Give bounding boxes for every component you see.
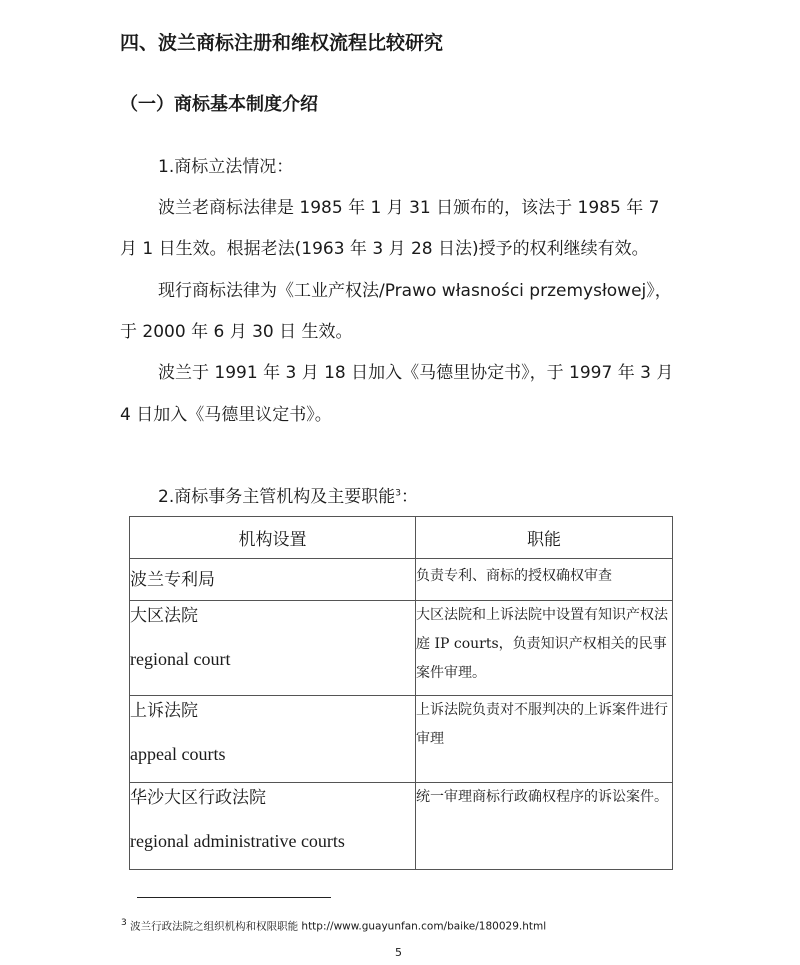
item2-colon: ： (401, 487, 418, 507)
institution-name-zh: 上诉法院 (130, 696, 415, 726)
institution-name-zh: 大区法院 (130, 601, 415, 631)
para2-line2: 于 2000 年 6 月 30 日 生效。 (120, 317, 353, 342)
section-title: 四、波兰商标注册和维权流程比较研究 (120, 28, 443, 55)
item1-heading: 1.商标立法情况： (158, 152, 293, 177)
footnote-separator (137, 897, 331, 898)
table-row: 华沙大区行政法院regional administrative courts 统… (130, 783, 673, 870)
table-row: 上诉法院appeal courts 上诉法院负责对不服判决的上诉案件进行审理 (130, 696, 673, 783)
para3-line1: 波兰于 1991 年 3 月 18 日加入《马德里协定书》，于 1997 年 3… (158, 358, 673, 383)
footnote-text[interactable]: 波兰行政法院之组织机构和权限职能 http://www.guayunfan.co… (130, 921, 546, 933)
institution-name-en: regional court (130, 631, 415, 687)
para1-line1: 波兰老商标法律是 1985 年 1 月 31 日颁布的，该法于 1985 年 7 (158, 193, 659, 218)
institution-cell: 华沙大区行政法院regional administrative courts (130, 783, 416, 870)
para1-line2: 月 1 日生效。根据老法(1963 年 3 月 28 日法)授予的权利继续有效。 (120, 234, 649, 259)
header-institution: 机构设置 (130, 517, 416, 559)
header-function: 职能 (416, 517, 673, 559)
subsection-title: （一）商标基本制度介绍 (120, 90, 318, 116)
table-header-row: 机构设置 职能 (130, 517, 673, 559)
institutions-table: 机构设置 职能 波兰专利局 负责专利、商标的授权确权审查 大区法院regiona… (129, 516, 673, 870)
item2-heading: 2.商标事务主管机构及主要职能3： (158, 482, 418, 507)
table-row: 波兰专利局 负责专利、商标的授权确权审查 (130, 559, 673, 601)
footnote-marker: 3 (121, 918, 127, 928)
institution-name-en: regional administrative courts (130, 813, 415, 869)
institution-name-zh: 波兰专利局 (130, 563, 415, 597)
institution-cell: 上诉法院appeal courts (130, 696, 416, 783)
institution-cell: 波兰专利局 (130, 559, 416, 601)
page-number: 5 (395, 946, 402, 959)
item2-heading-text: 2.商标事务主管机构及主要职能 (158, 487, 395, 507)
function-cell: 统一审理商标行政确权程序的诉讼案件。 (416, 783, 673, 870)
para2-line1: 现行商标法律为《工业产权法/Prawo własności przemysłow… (158, 276, 672, 301)
institution-name-zh: 华沙大区行政法院 (130, 783, 415, 813)
table-row: 大区法院regional court 大区法院和上诉法院中设置有知识产权法庭 I… (130, 601, 673, 696)
institution-name-en: appeal courts (130, 726, 415, 782)
function-cell: 上诉法院负责对不服判决的上诉案件进行审理 (416, 696, 673, 783)
footnote: 3 波兰行政法院之组织机构和权限职能 http://www.guayunfan.… (121, 918, 546, 934)
para3-line2: 4 日加入《马德里议定书》。 (120, 400, 332, 425)
function-cell: 负责专利、商标的授权确权审查 (416, 559, 673, 601)
institution-cell: 大区法院regional court (130, 601, 416, 696)
function-cell: 大区法院和上诉法院中设置有知识产权法庭 IP courts，负责知识产权相关的民… (416, 601, 673, 696)
